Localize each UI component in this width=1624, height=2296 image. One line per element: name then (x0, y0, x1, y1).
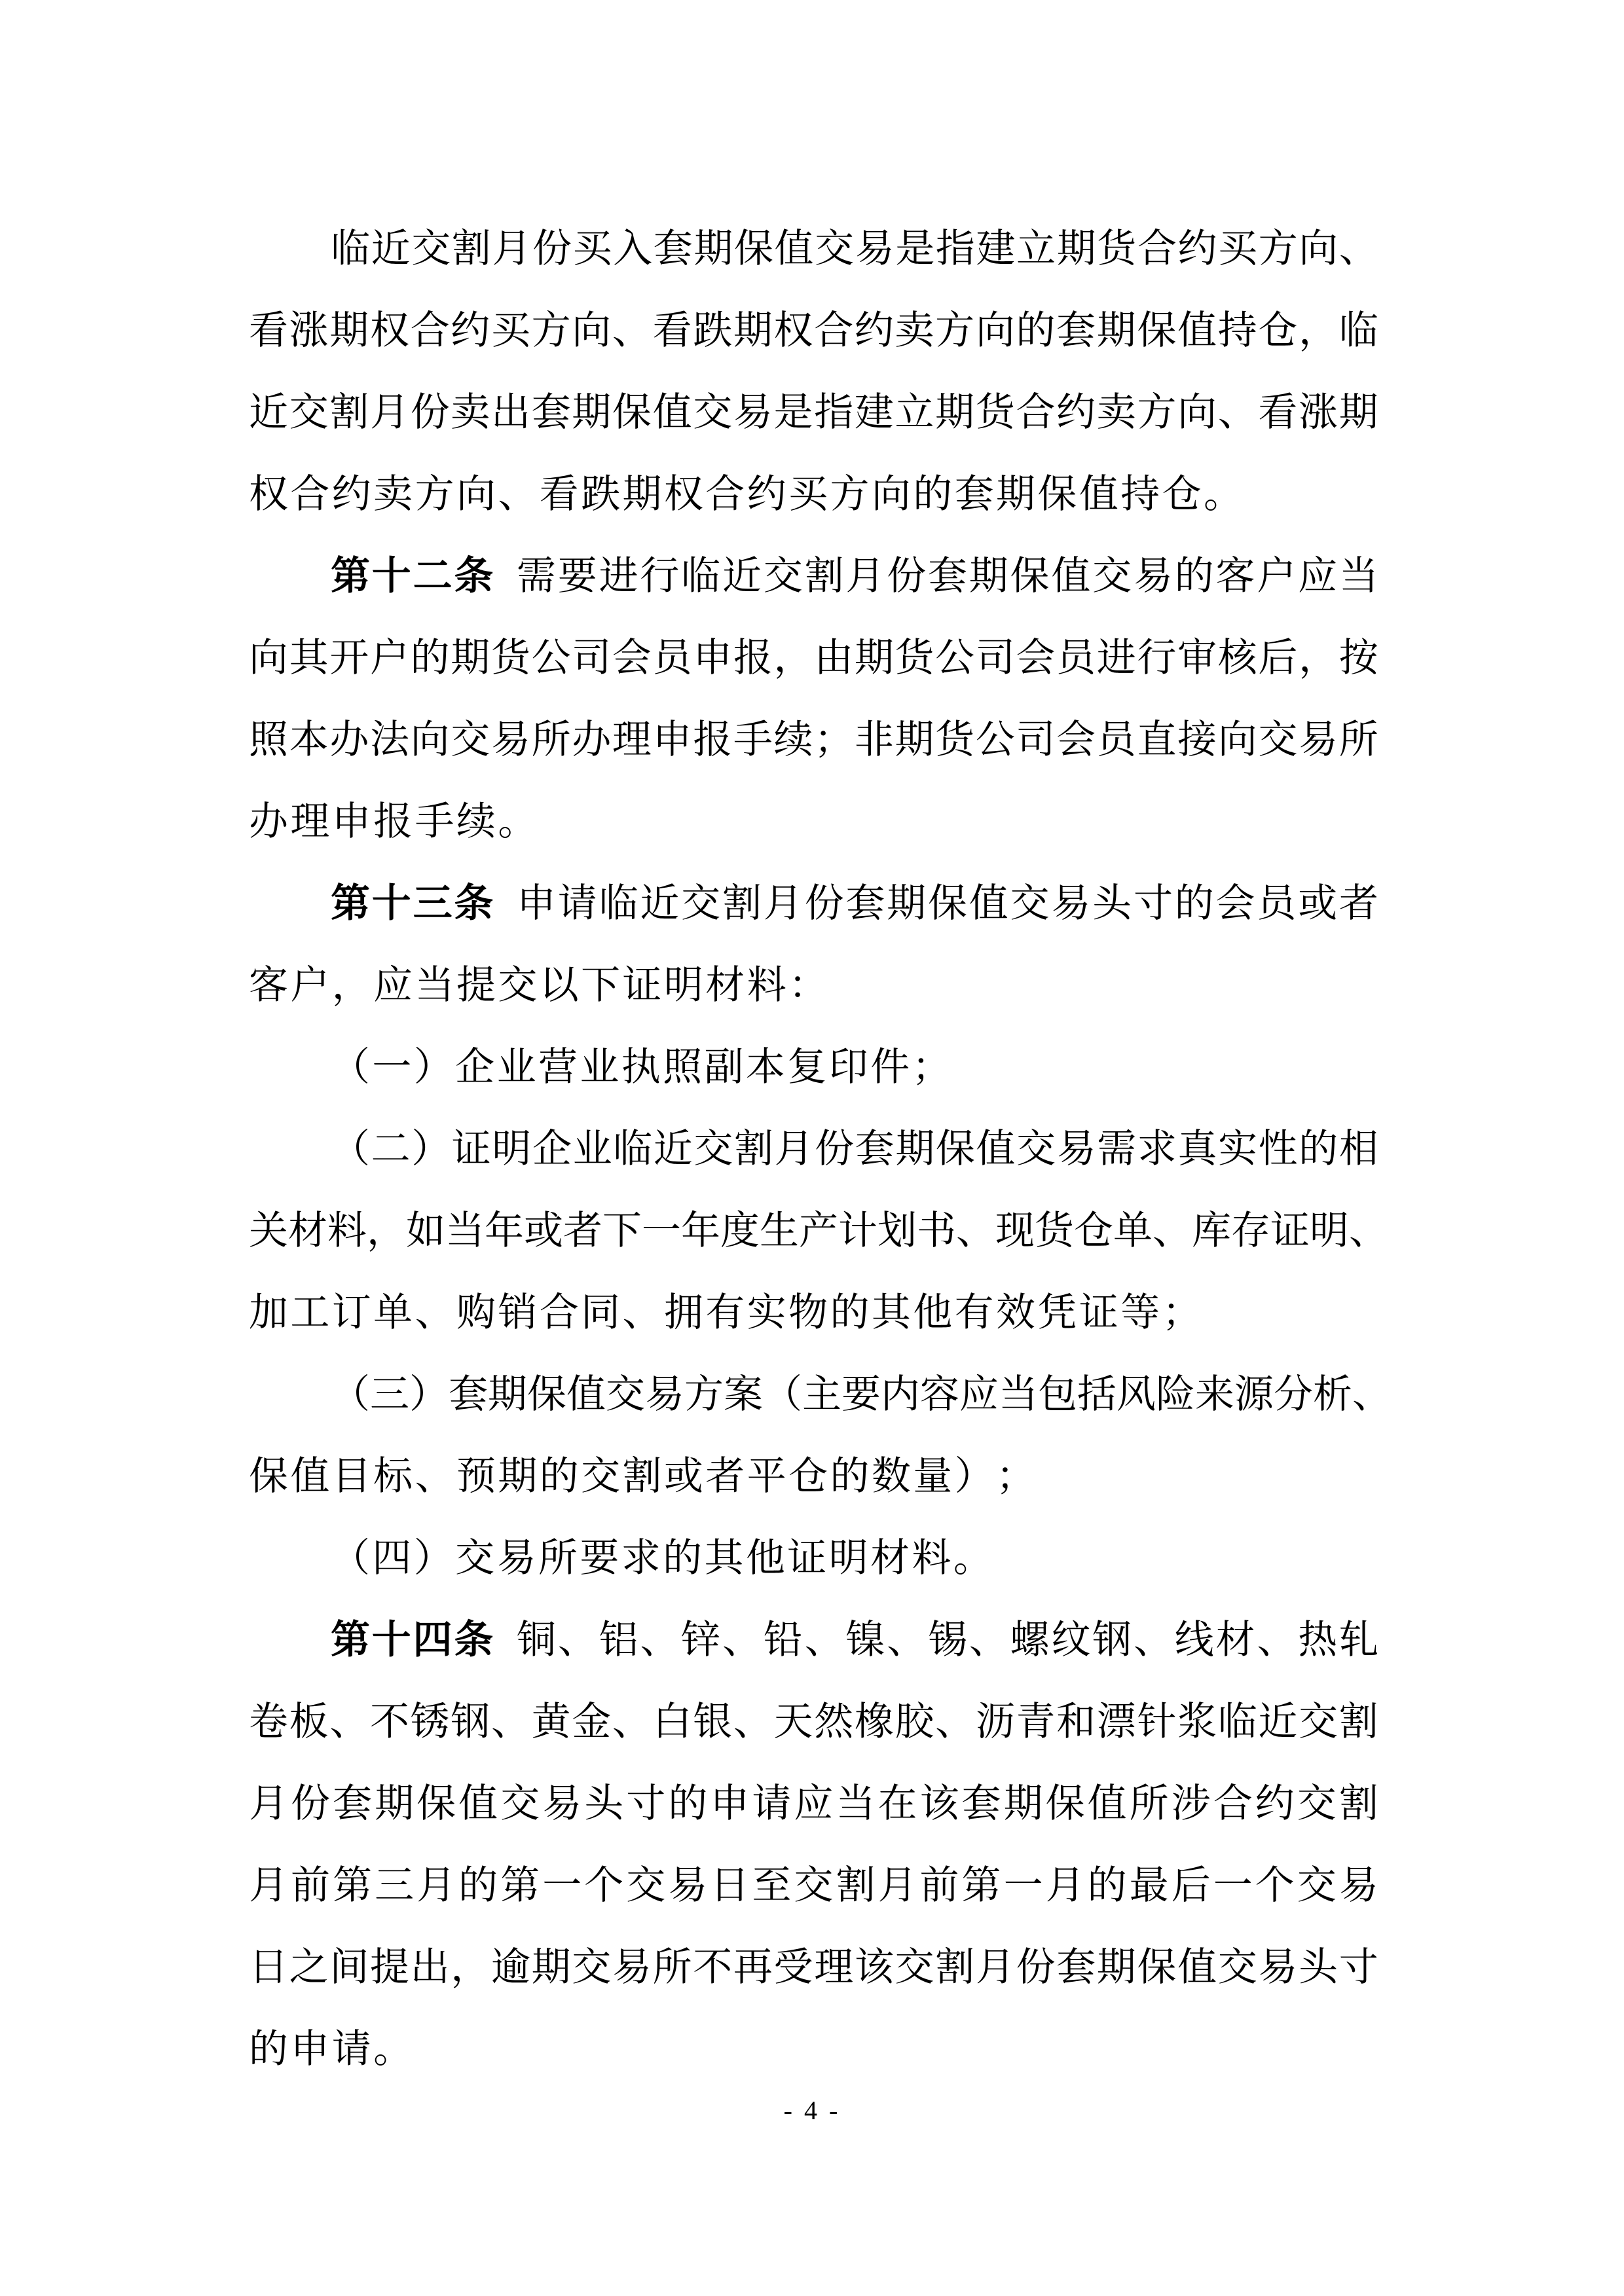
text-line: 办理申报手续。 (249, 795, 1378, 877)
text-line: 月份套期保值交易头寸的申请应当在该套期保值所涉合约交割 (249, 1777, 1378, 1859)
text-line: 权合约卖方向、看跌期权合约买方向的套期保值持仓。 (249, 468, 1378, 550)
article-first-line: 第十三条 申请临近交割月份套期保值交易头寸的会员或者 (249, 877, 1378, 959)
text-line: 照本办法向交易所办理申报手续；非期货公司会员直接向交易所 (249, 714, 1378, 795)
text-line: （一）企业营业执照副本复印件； (249, 1041, 1378, 1123)
text-line: （三）套期保值交易方案（主要内容应当包括风险来源分析、 (249, 1368, 1378, 1450)
text-line: 近交割月份卖出套期保值交易是指建立期货合约卖方向、看涨期 (249, 386, 1378, 468)
text-line: 保值目标、预期的交割或者平仓的数量）； (249, 1450, 1378, 1532)
text-line: （二）证明企业临近交割月份套期保值交易需求真实性的相 (249, 1123, 1378, 1205)
text-line: 向其开户的期货公司会员申报，由期货公司会员进行审核后，按 (249, 632, 1378, 714)
text-line: （四）交易所要求的其他证明材料。 (249, 1532, 1378, 1614)
text-line: 客户，应当提交以下证明材料： (249, 959, 1378, 1041)
document-page: 临近交割月份买入套期保值交易是指建立期货合约买方向、看涨期权合约买方向、看跌期权… (0, 0, 1624, 2296)
text-line: 关材料，如当年或者下一年度生产计划书、现货仓单、库存证明、 (249, 1205, 1378, 1286)
article-first-line: 第十二条 需要进行临近交割月份套期保值交易的客户应当 (249, 550, 1378, 632)
text-line: 加工订单、购销合同、拥有实物的其他有效凭证等； (249, 1286, 1378, 1368)
text-line: 月前第三月的第一个交易日至交割月前第一月的最后一个交易 (249, 1859, 1378, 1941)
document-body: 临近交割月份买入套期保值交易是指建立期货合约买方向、看涨期权合约买方向、看跌期权… (249, 223, 1378, 2105)
text-line: 看涨期权合约买方向、看跌期权合约卖方向的套期保值持仓，临 (249, 304, 1378, 386)
text-line: 的申请。 (249, 2023, 1378, 2105)
text-line: 临近交割月份买入套期保值交易是指建立期货合约买方向、 (249, 223, 1378, 304)
article-first-line: 第十四条 铜、铝、锌、铅、镍、锡、螺纹钢、线材、热轧 (249, 1614, 1378, 1696)
page-number: - 4 - (0, 2095, 1624, 2126)
text-line: 日之间提出，逾期交易所不再受理该交割月份套期保值交易头寸 (249, 1941, 1378, 2023)
text-line: 卷板、不锈钢、黄金、白银、天然橡胶、沥青和漂针浆临近交割 (249, 1696, 1378, 1777)
